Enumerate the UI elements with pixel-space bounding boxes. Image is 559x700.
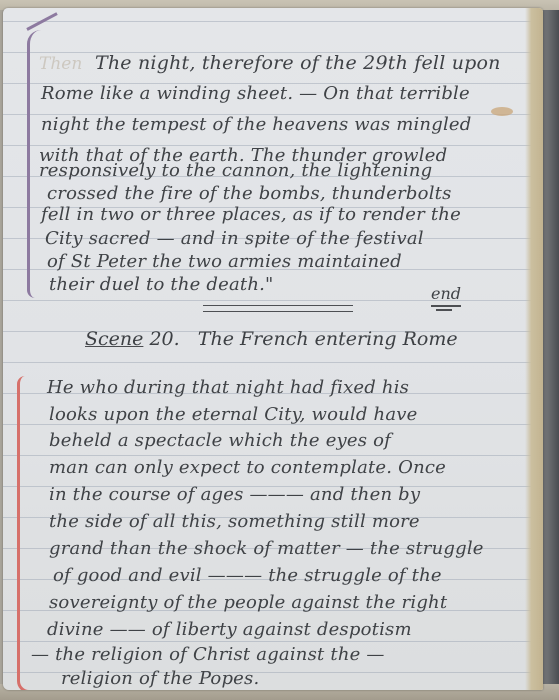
passage-1-line-2: Rome like a winding sheet. — On that ter…	[41, 83, 470, 104]
passage-1-line-10: their duel to the death."	[49, 274, 274, 295]
passage-1-line-7: fell in two or three places, as if to re…	[41, 204, 461, 225]
passage-2-line-9: sovereignty of the people against the ri…	[49, 592, 447, 613]
scene-title: The French entering Rome	[198, 328, 458, 350]
passage-2-line-12: religion of the Popes.	[61, 668, 259, 689]
red-margin-bracket	[17, 376, 40, 690]
passage-2-line-3: beheld a spectacle which the eyes of	[49, 430, 391, 451]
passage-1-line-1: The night, therefore of the 29th fell up…	[95, 52, 501, 74]
passage-2-line-6: the side of all this, something still mo…	[49, 511, 420, 532]
manuscript-page: Then The night, therefore of the 29th fe…	[3, 8, 543, 690]
aged-page-edge	[525, 8, 543, 690]
scene-heading: Scene 20. The French entering Rome	[85, 328, 458, 350]
passage-2-line-10: divine —— of liberty against despotism	[47, 619, 412, 640]
passage-2-line-2: looks upon the eternal City, would have	[49, 404, 417, 425]
passage-2-line-4: man can only expect to contemplate. Once	[49, 457, 446, 478]
passage-2-line-5: in the course of ages ——— and then by	[49, 484, 420, 505]
passage-1-line-3: night the tempest of the heavens was min…	[41, 114, 471, 135]
passage-1-line-8: City sacred — and in spite of the festiv…	[45, 228, 424, 249]
faded-margin-word: Then	[39, 54, 82, 74]
passage-2-line-7: grand than the shock of matter — the str…	[49, 538, 484, 559]
passage-2-line-11: — the religion of Christ against the —	[31, 644, 385, 665]
end-underline-short	[436, 309, 452, 311]
passage-1-line-9: of St Peter the two armies maintained	[47, 251, 402, 272]
scene-number: 20.	[149, 328, 179, 350]
passage-2-line-8: of good and evil ——— the struggle of the	[53, 565, 442, 586]
double-underline-to-the-death	[203, 305, 353, 312]
end-mark: end	[431, 284, 461, 303]
scene-label: Scene	[85, 328, 143, 350]
passage-1-line-6: crossed the fire of the bombs, thunderbo…	[47, 183, 452, 204]
paper-stain	[491, 107, 513, 116]
passage-1-line-5: responsively to the cannon, the lighteni…	[39, 160, 432, 181]
end-underline	[431, 305, 461, 307]
passage-2-line-1: He who during that night had fixed his	[47, 377, 409, 398]
